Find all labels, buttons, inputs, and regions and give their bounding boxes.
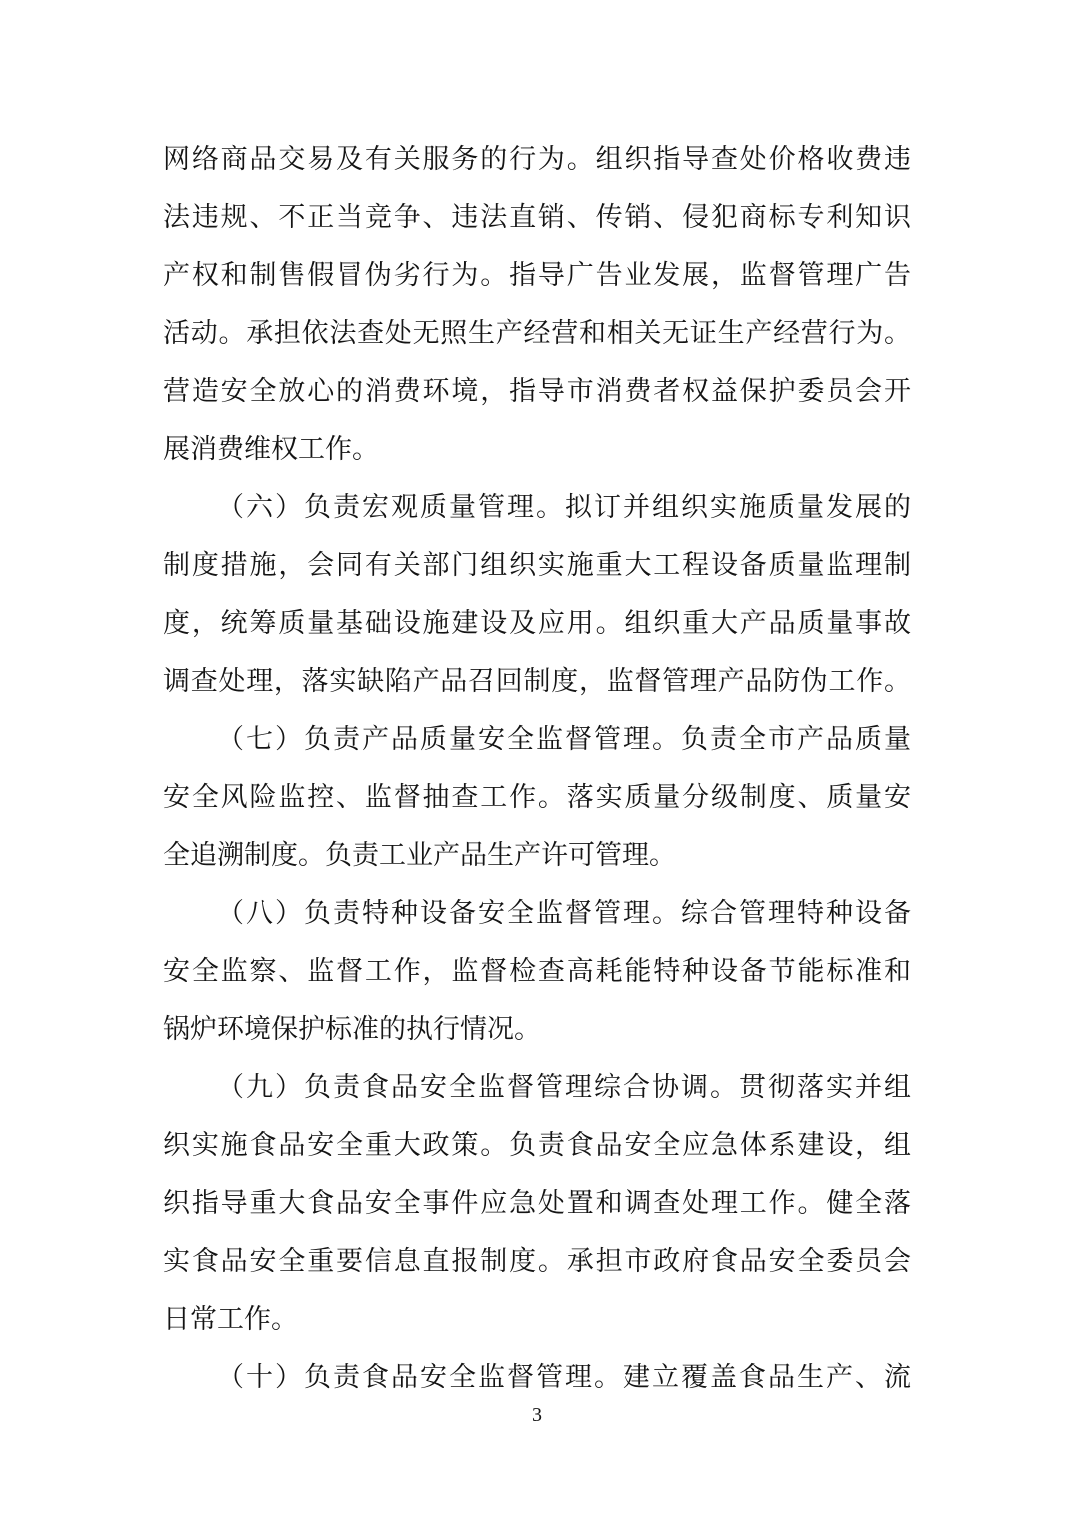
page-number: 3 <box>0 1402 1074 1428</box>
text-line: （六）负责宏观质量管理。拟订并组织实施质量发展的 <box>163 478 911 536</box>
paragraph: （六）负责宏观质量管理。拟订并组织实施质量发展的制度措施，会同有关部门组织实施重… <box>163 478 911 710</box>
text-line: （七）负责产品质量安全监督管理。负责全市产品质量 <box>163 710 911 768</box>
text-line: （九）负责食品安全监督管理综合协调。贯彻落实并组 <box>163 1058 911 1116</box>
text-line: 展消费维权工作。 <box>163 420 911 478</box>
text-line: 安全监察、监督工作，监督检查高耗能特种设备节能标准和 <box>163 942 911 1000</box>
text-line: 营造安全放心的消费环境，指导市消费者权益保护委员会开 <box>163 362 911 420</box>
paragraph: （十）负责食品安全监督管理。建立覆盖食品生产、流 <box>163 1348 911 1406</box>
document-body: 网络商品交易及有关服务的行为。组织指导查处价格收费违法违规、不正当竞争、违法直销… <box>163 130 911 1406</box>
text-line: 锅炉环境保护标准的执行情况。 <box>163 1000 911 1058</box>
paragraph: （九）负责食品安全监督管理综合协调。贯彻落实并组织实施食品安全重大政策。负责食品… <box>163 1058 911 1348</box>
text-line: 全追溯制度。负责工业产品生产许可管理。 <box>163 826 911 884</box>
text-line: （十）负责食品安全监督管理。建立覆盖食品生产、流 <box>163 1348 911 1406</box>
text-line: 调查处理，落实缺陷产品召回制度，监督管理产品防伪工作。 <box>163 652 911 710</box>
text-line: 产权和制售假冒伪劣行为。指导广告业发展，监督管理广告 <box>163 246 911 304</box>
text-line: 度，统筹质量基础设施建设及应用。组织重大产品质量事故 <box>163 594 911 652</box>
paragraph: （八）负责特种设备安全监督管理。综合管理特种设备安全监察、监督工作，监督检查高耗… <box>163 884 911 1058</box>
text-line: 制度措施，会同有关部门组织实施重大工程设备质量监理制 <box>163 536 911 594</box>
text-line: 织指导重大食品安全事件应急处置和调查处理工作。健全落 <box>163 1174 911 1232</box>
text-line: 安全风险监控、监督抽查工作。落实质量分级制度、质量安 <box>163 768 911 826</box>
text-line: 活动。承担依法查处无照生产经营和相关无证生产经营行为。 <box>163 304 911 362</box>
text-line: 网络商品交易及有关服务的行为。组织指导查处价格收费违 <box>163 130 911 188</box>
text-line: （八）负责特种设备安全监督管理。综合管理特种设备 <box>163 884 911 942</box>
paragraph: （七）负责产品质量安全监督管理。负责全市产品质量安全风险监控、监督抽查工作。落实… <box>163 710 911 884</box>
text-line: 法违规、不正当竞争、违法直销、传销、侵犯商标专利知识 <box>163 188 911 246</box>
text-line: 日常工作。 <box>163 1290 911 1348</box>
document-page: 网络商品交易及有关服务的行为。组织指导查处价格收费违法违规、不正当竞争、违法直销… <box>0 0 1074 1520</box>
text-line: 织实施食品安全重大政策。负责食品安全应急体系建设，组 <box>163 1116 911 1174</box>
text-line: 实食品安全重要信息直报制度。承担市政府食品安全委员会 <box>163 1232 911 1290</box>
paragraph: 网络商品交易及有关服务的行为。组织指导查处价格收费违法违规、不正当竞争、违法直销… <box>163 130 911 478</box>
